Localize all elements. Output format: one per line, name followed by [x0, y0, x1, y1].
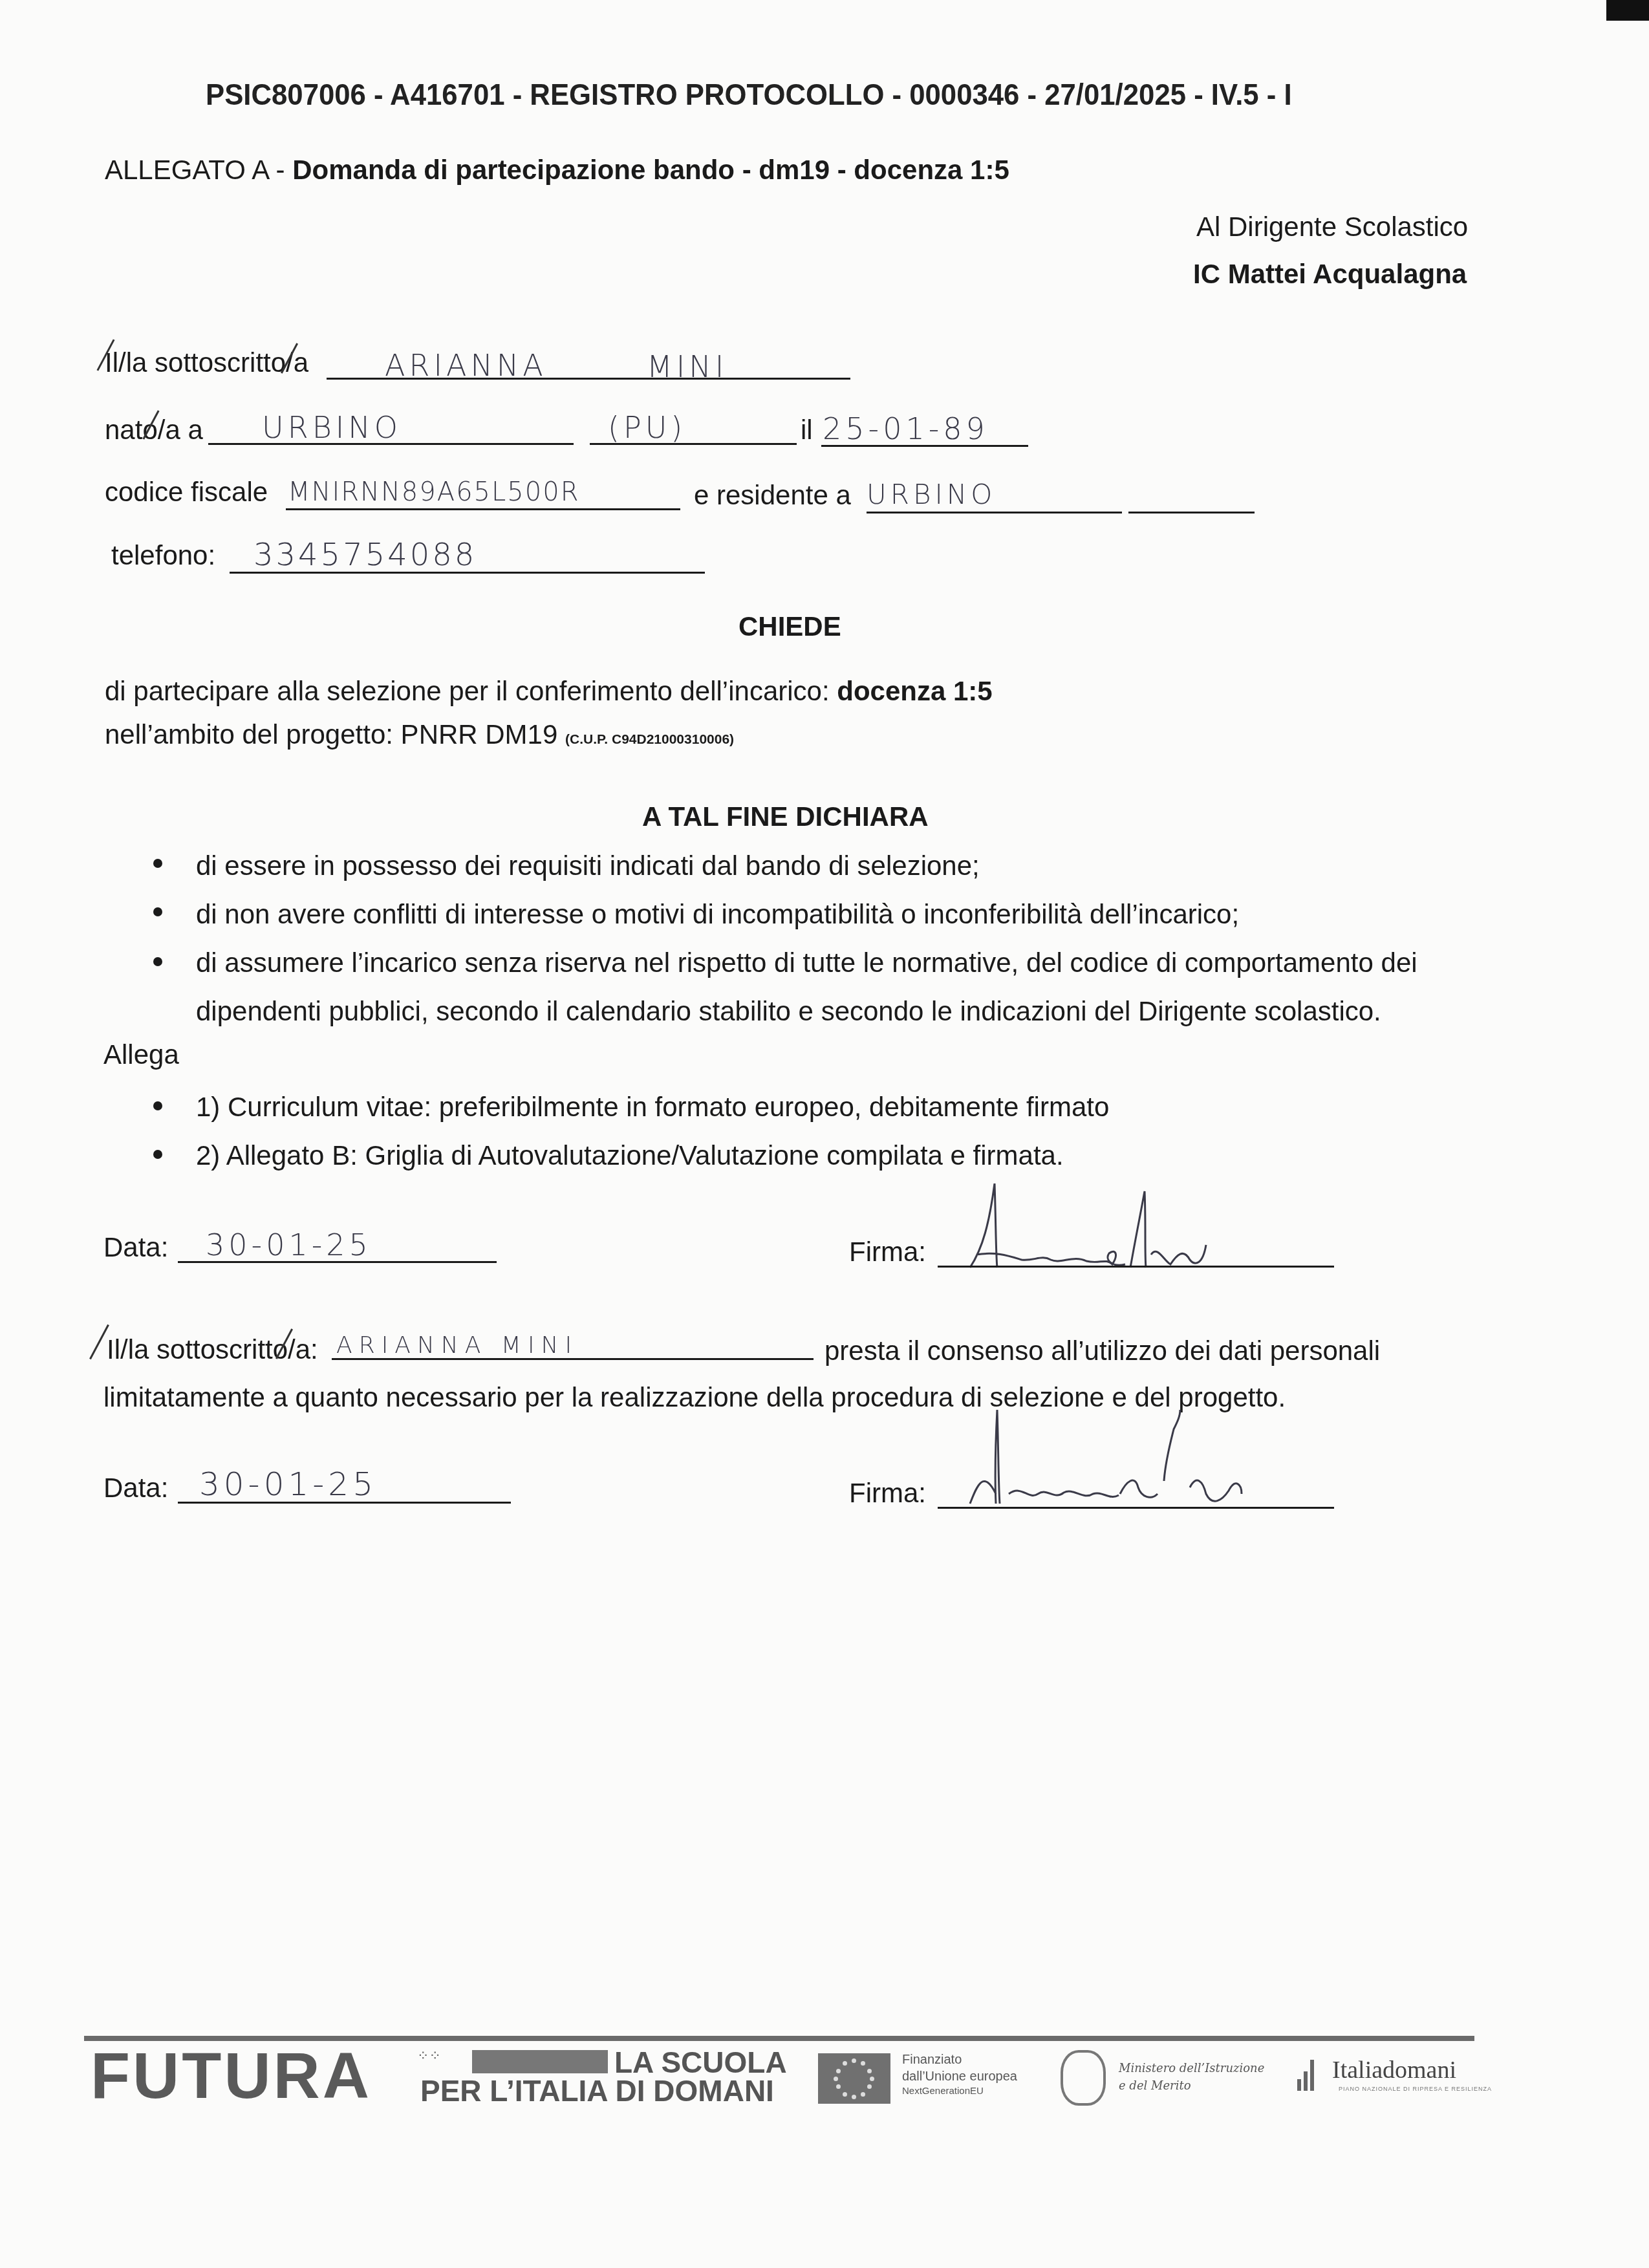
field-province[interactable]: (PU): [608, 410, 686, 445]
field-date-2[interactable]: 30-01-25: [199, 1465, 377, 1503]
underline-residence-extra: [1128, 512, 1255, 513]
declaration-item-1: di essere in possesso dei requisiti indi…: [196, 852, 980, 880]
bullet: [153, 907, 162, 916]
label-phone: telefono:: [111, 542, 215, 569]
eu-funding-text: Finanziato dall’Unione europea NextGener…: [902, 2051, 1017, 2098]
eu-flag-icon: [818, 2053, 890, 2104]
scan-edge: [1606, 0, 1649, 21]
bullet: [153, 1150, 162, 1159]
title-text: Domanda di partecipazione bando - dm19 -…: [292, 155, 1009, 185]
eu-line2: dall’Unione europea: [902, 2068, 1017, 2085]
project-cup: (C.U.P. C94D21000310006): [565, 732, 734, 747]
document-title: ALLEGATO A - Domanda di partecipazione b…: [105, 157, 1009, 184]
label-signature-2: Firma:: [849, 1480, 926, 1507]
label-date-of-birth: il: [801, 416, 813, 444]
eu-line1: Finanziato: [902, 2051, 1017, 2068]
label-residence: e residente a: [694, 482, 851, 509]
label-signature-1: Firma:: [849, 1238, 926, 1266]
underline-province: [590, 443, 797, 445]
field-phone[interactable]: 3345754088: [253, 537, 477, 573]
section-heading-allega: Allega: [103, 1041, 179, 1068]
underline-name: [327, 378, 850, 380]
section-heading-chiede: CHIEDE: [738, 613, 841, 640]
declaration-item-3-cont: dipendenti pubblici, secondo il calendar…: [196, 998, 1381, 1025]
italiadomani-wordmark: Italiadomani: [1332, 2058, 1456, 2082]
label-tax-code: codice fiscale: [105, 479, 268, 506]
recipient-line1: Al Dirigente Scolastico: [1196, 213, 1468, 241]
underline-signature-2: [938, 1507, 1334, 1509]
underline-consent-name: [332, 1358, 814, 1360]
italiadomani-logo-icon: [1293, 2060, 1319, 2091]
field-consent-name[interactable]: ARIANNA MINI: [336, 1332, 578, 1359]
signature-1[interactable]: [957, 1183, 1293, 1287]
recipient-line2: IC Mattei Acqualagna: [1193, 261, 1467, 288]
section-heading-dichiara: A TAL FINE DICHIARA: [642, 803, 929, 830]
bullet: [153, 957, 162, 966]
underline-tax-code: [286, 508, 680, 510]
request-text: di partecipare alla selezione per il con…: [105, 676, 837, 706]
ministry-line1: Ministero dell’Istruzione: [1119, 2060, 1264, 2077]
italian-republic-emblem-icon: [1061, 2050, 1106, 2106]
protocol-header: PSIC807006 - A416701 - REGISTRO PROTOCOL…: [206, 76, 1292, 112]
underline-date-1: [178, 1261, 497, 1263]
italiadomani-subtitle: PIANO NAZIONALE DI RIPRESA E RESILIENZA: [1339, 2086, 1492, 2092]
bullet: [153, 1101, 162, 1110]
field-birth-place[interactable]: URBINO: [262, 410, 402, 445]
scuola-logo-bar: [472, 2050, 608, 2073]
scuola-logo-dots-icon: ⁘⁘: [417, 2049, 441, 2063]
ministry-text: Ministero dell’Istruzione e del Merito: [1119, 2060, 1264, 2095]
underline-birth-date: [821, 445, 1028, 447]
underline-date-2: [178, 1502, 511, 1504]
futura-logo: FUTURA: [91, 2044, 372, 2108]
underline-signature-1: [938, 1266, 1334, 1268]
consent-text-1: presta il consenso all’utilizzo dei dati…: [824, 1337, 1380, 1365]
consent-text-2: limitatamente a quanto necessario per la…: [103, 1384, 1286, 1411]
underline-residence: [867, 512, 1122, 513]
declaration-item-2: di non avere conflitti di interesse o mo…: [196, 901, 1239, 928]
request-line2: nell’ambito del progetto: PNRR DM19 (C.U…: [105, 721, 734, 748]
eu-line3: NextGenerationEU: [902, 2085, 1017, 2098]
label-date-1: Data:: [103, 1234, 168, 1261]
signature-2[interactable]: [957, 1410, 1293, 1520]
attachment-item-2: 2) Allegato B: Griglia di Autovalutazion…: [196, 1142, 1064, 1169]
scuola-line1: LA SCUOLA: [614, 2047, 787, 2077]
field-birth-date[interactable]: 25-01-89: [823, 411, 989, 446]
bullet: [153, 859, 162, 868]
attachment-item-1: 1) Curriculum vitae: preferibilmente in …: [196, 1094, 1109, 1121]
label-date-2: Data:: [103, 1474, 168, 1502]
label-undersigned: Il/la sottoscritto/a: [105, 349, 308, 376]
field-tax-code[interactable]: MNIRNN89A65L500R: [288, 477, 579, 507]
request-line1: di partecipare alla selezione per il con…: [105, 678, 993, 705]
scuola-line2: PER L’ITALIA DI DOMANI: [420, 2076, 774, 2106]
underline-birth-place: [208, 443, 574, 445]
request-role: docenza 1:5: [837, 676, 992, 706]
title-prefix: ALLEGATO A -: [105, 155, 292, 185]
underline-phone: [230, 572, 705, 574]
ministry-line2: e del Merito: [1119, 2077, 1264, 2095]
declaration-item-3: di assumere l’incarico senza riserva nel…: [196, 949, 1417, 977]
project-text: nell’ambito del progetto: PNRR DM19: [105, 719, 565, 750]
field-residence[interactable]: URBINO: [867, 479, 996, 510]
field-date-1[interactable]: 30-01-25: [206, 1227, 372, 1262]
